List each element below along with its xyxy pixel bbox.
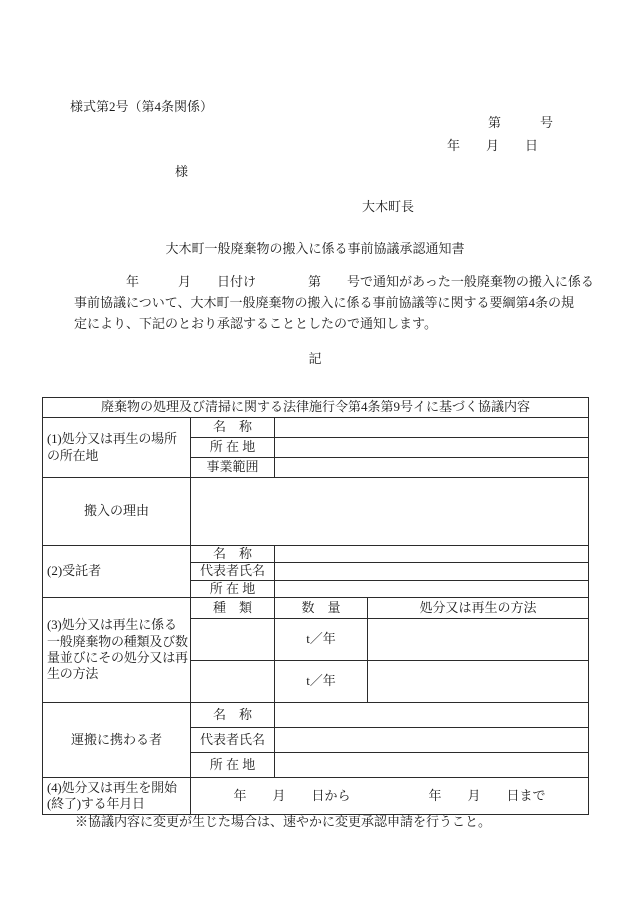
document-title: 大木町一般廃棄物の搬入に係る事前協議承認通知書: [165, 238, 464, 257]
reason-value: [191, 478, 589, 546]
sender-title: 大木町長: [362, 196, 414, 215]
section4-label-line-1: (4)処分又は再生を開始: [47, 780, 188, 796]
section3-label-line-4: 生の方法: [47, 666, 188, 682]
transport-representative-value: [275, 727, 589, 752]
body-paragraph: 年 月 日付け 第 号で通知があった一般廃棄物の搬入に係る 事前協議について、大…: [74, 271, 594, 334]
section2-address-label: 所 在 地: [191, 580, 275, 597]
section1-scope-label: 事業範囲: [191, 458, 275, 478]
section1-label-line-1: (1)処分又は再生の場所: [47, 431, 188, 447]
section4-label-line-2: (終了)する年月日: [47, 796, 188, 812]
transport-name-value: [275, 702, 589, 727]
section2-label: (2)受託者: [43, 546, 191, 598]
section2-name-value: [275, 546, 589, 563]
record-marker: 記: [308, 348, 321, 367]
section3-label: (3)処分又は再生に係る 一般廃棄物の種類及び数 量並びにその処分又は再 生の方…: [43, 597, 191, 702]
waste-type-header: 種 類: [191, 597, 275, 618]
waste-method-value-2: [368, 660, 589, 702]
body-line-2: 事前協議について、大木町一般廃棄物の搬入に係る事前協議等に関する要綱第4条の規: [74, 292, 594, 313]
section2-address-value: [275, 580, 589, 597]
waste-quantity-unit-1: t／年: [275, 618, 368, 660]
section3-label-line-1: (3)処分又は再生に係る: [47, 617, 188, 633]
waste-quantity-unit-2: t／年: [275, 660, 368, 702]
section2-name-label: 名 称: [191, 546, 275, 563]
waste-method-value-1: [368, 618, 589, 660]
section3-label-line-2: 一般廃棄物の種類及び数: [47, 634, 188, 650]
addressee-honorific: 様: [175, 161, 188, 180]
section1-name-value: [275, 418, 589, 438]
section1-label: (1)処分又は再生の場所 の所在地: [43, 418, 191, 478]
transport-name-label: 名 称: [191, 702, 275, 727]
table-title: 廃棄物の処理及び清掃に関する法律施行令第4条第9号イに基づく協議内容: [43, 398, 589, 418]
waste-method-header: 処分又は再生の方法: [368, 597, 589, 618]
section2-representative-label: 代表者氏名: [191, 563, 275, 580]
footnote: ※協議内容に変更が生じた場合は、速やかに変更承認申請を行うこと。: [75, 811, 491, 830]
section1-address-label: 所 在 地: [191, 438, 275, 458]
document-number-line: 第 号: [488, 112, 553, 131]
document-page: 様式第2号（第4条関係） 第 号 年 月 日 様 大木町長 大木町一般廃棄物の搬…: [0, 0, 630, 903]
transport-address-label: 所 在 地: [191, 752, 275, 777]
transport-representative-label: 代表者氏名: [191, 727, 275, 752]
body-line-3: 定により、下記のとおり承認することとしたので通知します。: [74, 313, 594, 334]
section1-name-label: 名 称: [191, 418, 275, 438]
section1-label-line-2: の所在地: [47, 448, 188, 464]
section1-scope-value: [275, 458, 589, 478]
date-line: 年 月 日: [447, 135, 538, 154]
section2-representative-value: [275, 563, 589, 580]
reason-label: 搬入の理由: [43, 478, 191, 546]
section3-label-line-3: 量並びにその処分又は再: [47, 650, 188, 666]
section4-period-value: 年 月 日から 年 月 日まで: [191, 777, 589, 815]
body-line-1: 年 月 日付け 第 号で通知があった一般廃棄物の搬入に係る: [74, 271, 594, 292]
section4-label: (4)処分又は再生を開始 (終了)する年月日: [43, 777, 191, 815]
section1-address-value: [275, 438, 589, 458]
transport-label: 運搬に携わる者: [43, 702, 191, 777]
waste-type-value-2: [191, 660, 275, 702]
waste-quantity-header: 数 量: [275, 597, 368, 618]
transport-address-value: [275, 752, 589, 777]
consultation-table: 廃棄物の処理及び清掃に関する法律施行令第4条第9号イに基づく協議内容 (1)処分…: [42, 397, 589, 815]
form-number: 様式第2号（第4条関係）: [70, 96, 213, 115]
waste-type-value-1: [191, 618, 275, 660]
